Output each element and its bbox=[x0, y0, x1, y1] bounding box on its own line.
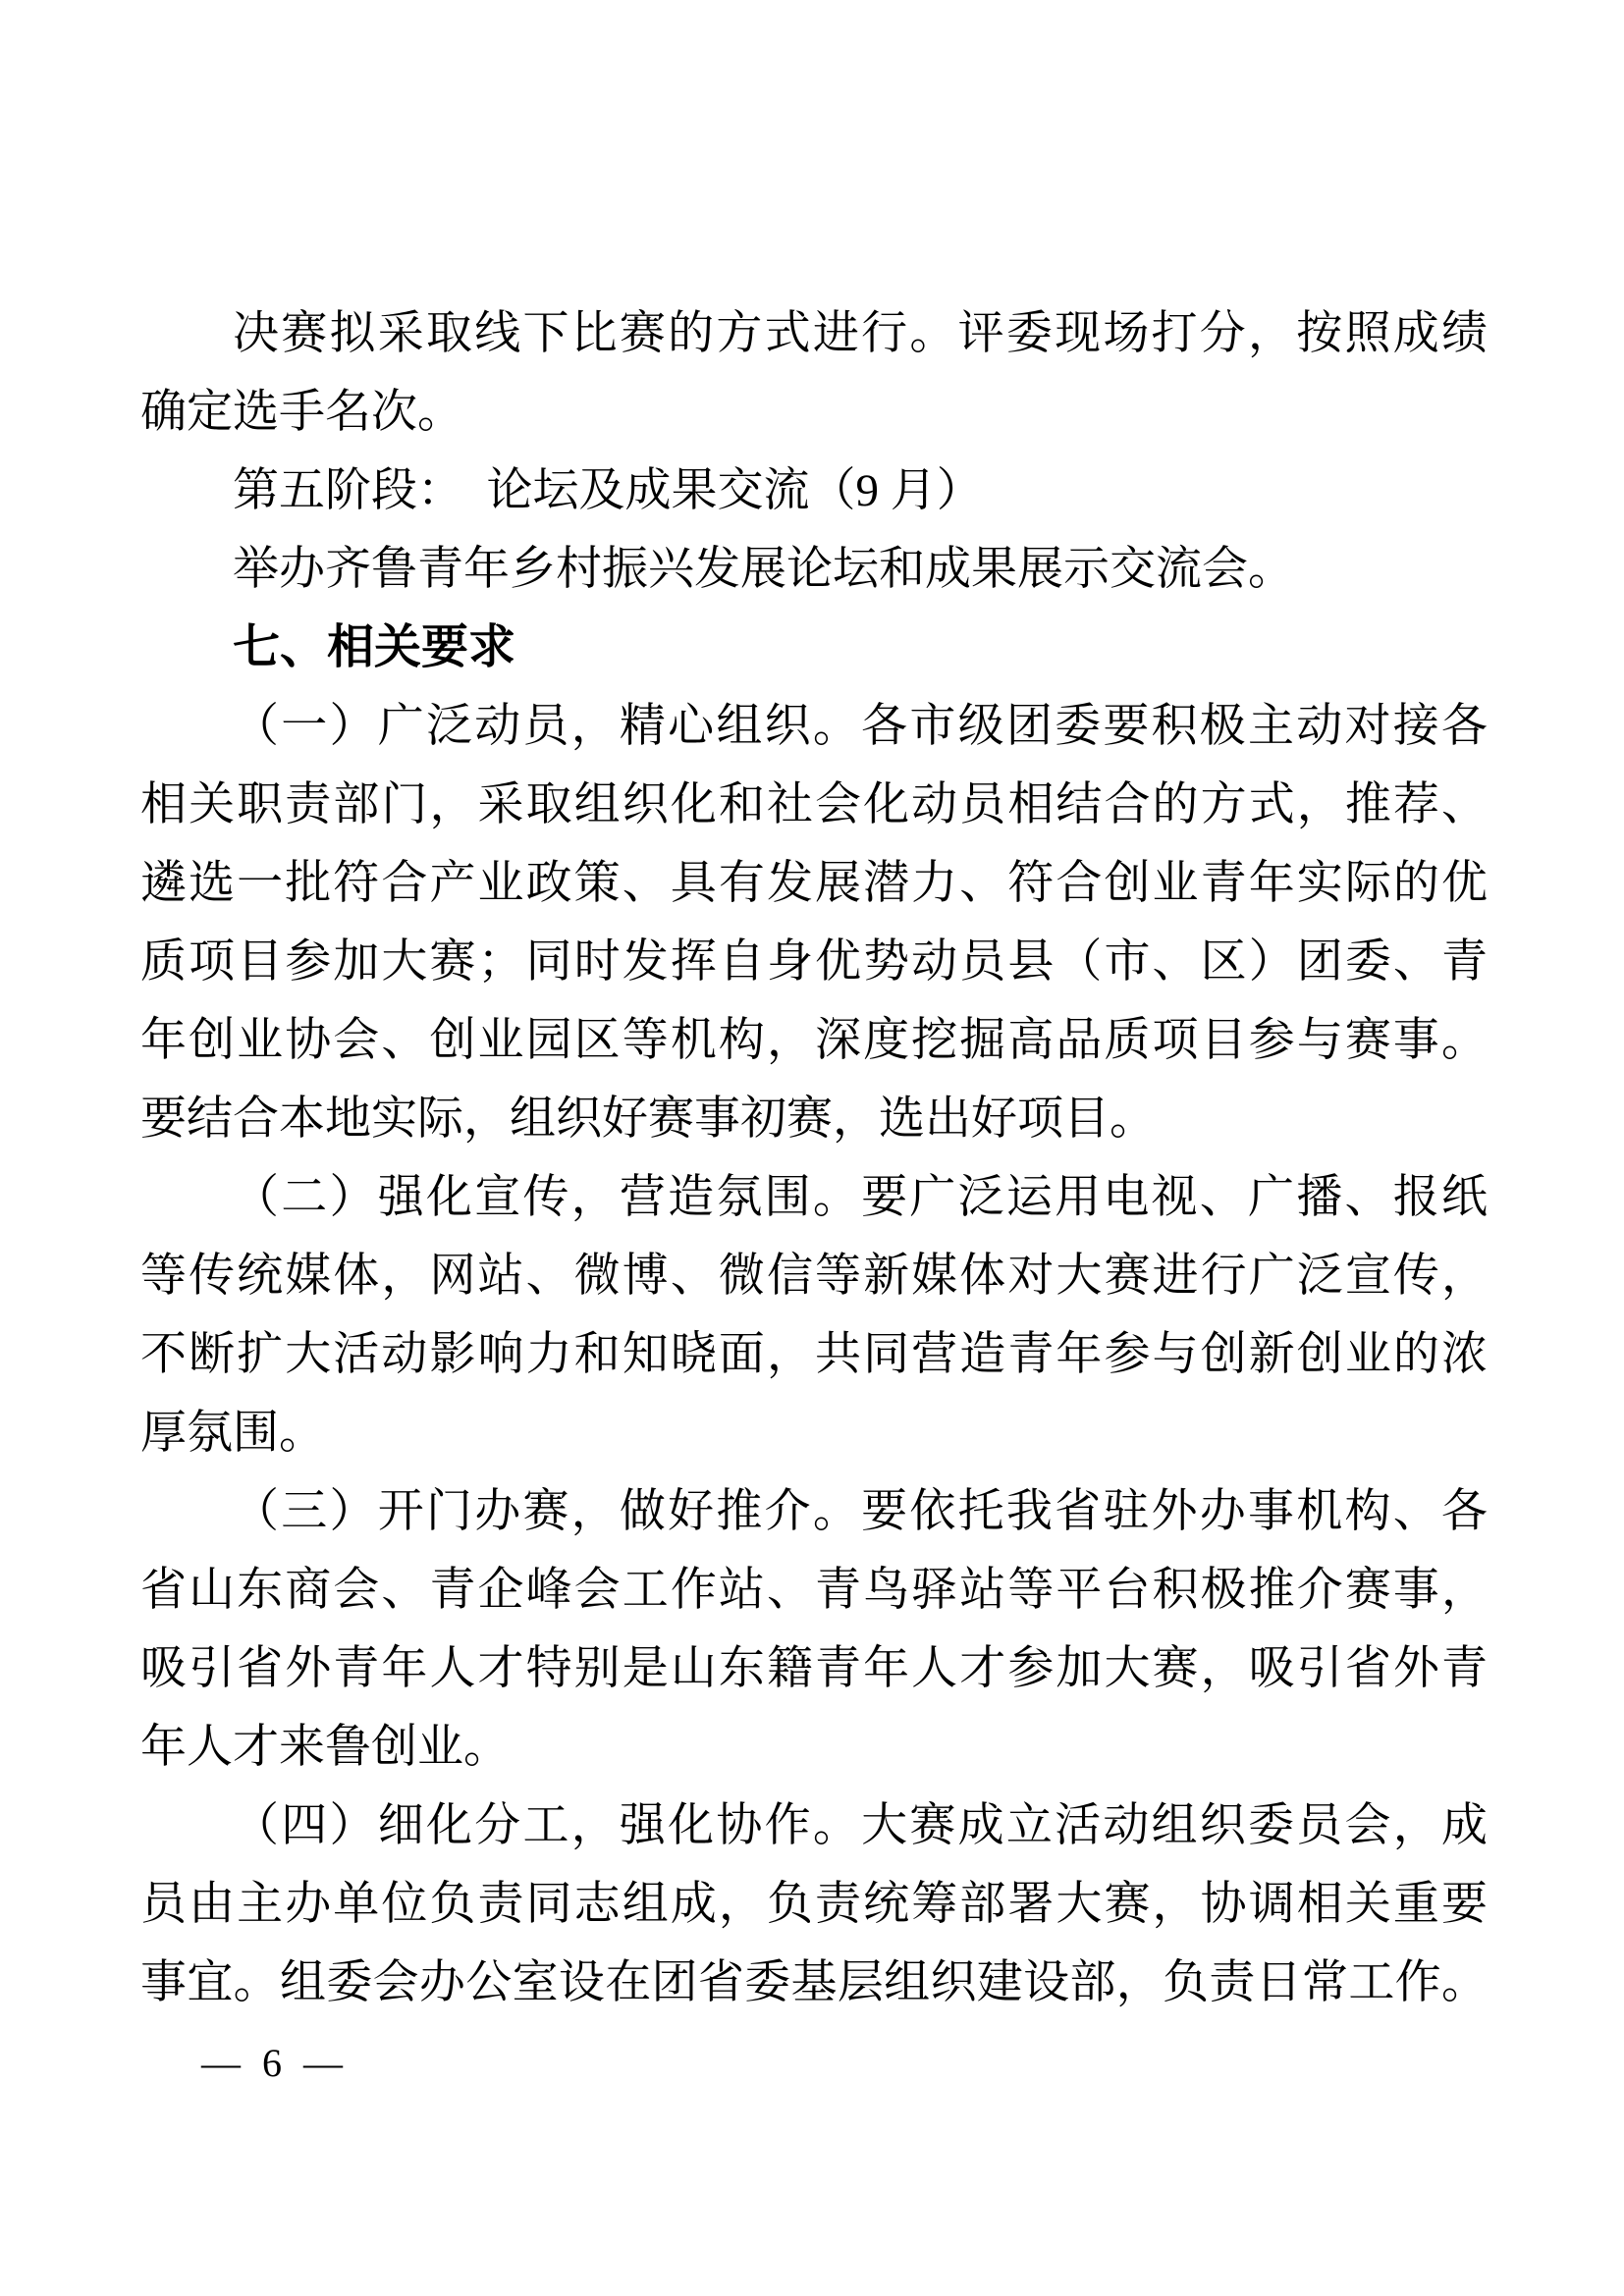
text-line: 不断扩大活动影响力和知晓面，共同营造青年参与创新创业的浓 bbox=[140, 1315, 1488, 1394]
document-body: 决赛拟采取线下比赛的方式进行。评委现场打分，按照成绩确定选手名次。第五阶段： 论… bbox=[140, 294, 1488, 2022]
text-line: 遴选一批符合产业政策、具有发展潜力、符合创业青年实际的优 bbox=[140, 844, 1488, 923]
text-line: 相关职责部门，采取组织化和社会化动员相结合的方式，推荐、 bbox=[140, 766, 1488, 844]
text-line: 第五阶段： 论坛及成果交流（9 月） bbox=[140, 452, 1488, 530]
text-line: 年人才来鲁创业。 bbox=[140, 1708, 1488, 1787]
text-line: 员由主办单位负责同志组成，负责统筹部署大赛，协调相关重要 bbox=[140, 1865, 1488, 1944]
text-line: （四）细化分工，强化协作。大赛成立活动组织委员会，成 bbox=[140, 1787, 1488, 1865]
text-line: （一）广泛动员，精心组织。各市级团委要积极主动对接各 bbox=[140, 687, 1488, 766]
text-line: 等传统媒体，网站、微博、微信等新媒体对大赛进行广泛宣传， bbox=[140, 1237, 1488, 1315]
text-line: 年创业协会、创业园区等机构，深度挖掘高品质项目参与赛事。 bbox=[140, 1001, 1488, 1080]
page-number: — 6 — bbox=[201, 2040, 349, 2086]
section-heading: 七、相关要求 bbox=[140, 609, 1488, 687]
text-line: 厚氛围。 bbox=[140, 1394, 1488, 1472]
text-line: 举办齐鲁青年乡村振兴发展论坛和成果展示交流会。 bbox=[140, 530, 1488, 609]
text-line: 确定选手名次。 bbox=[140, 373, 1488, 452]
text-line: 质项目参加大赛；同时发挥自身优势动员县（市、区）团委、青 bbox=[140, 923, 1488, 1001]
document-page: 决赛拟采取线下比赛的方式进行。评委现场打分，按照成绩确定选手名次。第五阶段： 论… bbox=[0, 0, 1624, 2296]
text-line: 要结合本地实际，组织好赛事初赛，选出好项目。 bbox=[140, 1080, 1488, 1158]
text-line: 事宜。组委会办公室设在团省委基层组织建设部，负责日常工作。 bbox=[140, 1944, 1488, 2022]
text-line: 吸引省外青年人才特别是山东籍青年人才参加大赛，吸引省外青 bbox=[140, 1629, 1488, 1708]
text-line: 决赛拟采取线下比赛的方式进行。评委现场打分，按照成绩 bbox=[140, 294, 1488, 373]
text-line: （三）开门办赛，做好推介。要依托我省驻外办事机构、各 bbox=[140, 1472, 1488, 1551]
text-line: （二）强化宣传，营造氛围。要广泛运用电视、广播、报纸 bbox=[140, 1158, 1488, 1237]
text-line: 省山东商会、青企峰会工作站、青鸟驿站等平台积极推介赛事， bbox=[140, 1551, 1488, 1629]
